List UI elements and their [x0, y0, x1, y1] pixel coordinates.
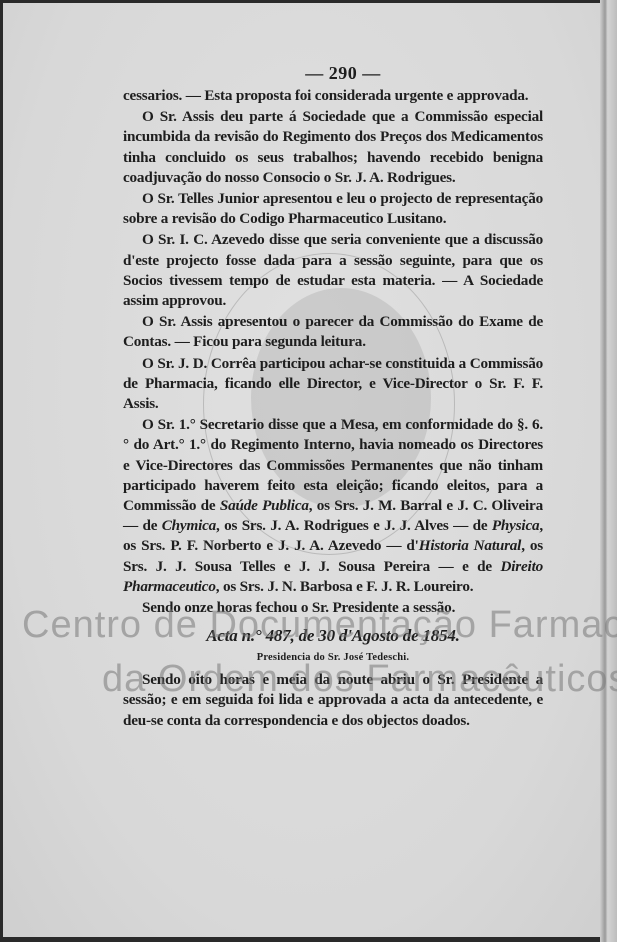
paragraph: O Sr. Assis deu parte á Sociedade que a … [123, 107, 543, 188]
watermark-line-1: Centro de Documentação Farmacêutica [22, 604, 617, 647]
commission-members: , os Srs. J. A. Rodrigues e J. J. Alves … [216, 517, 492, 534]
commission-name: Physica [492, 517, 540, 534]
commission-members: , os Srs. J. N. Barbosa e F. J. R. Loure… [216, 578, 474, 595]
commission-name: Chymica [162, 517, 216, 534]
paragraph: O Sr. Assis apresentou o parecer da Comm… [123, 312, 543, 352]
book-gutter [600, 0, 617, 942]
watermark-line-2: da Ordem dos Farmacêuticos [102, 658, 617, 701]
paragraph: O Sr. Telles Junior apresentou e leu o p… [123, 189, 543, 229]
page-number: — 290 — [143, 62, 543, 84]
paragraph-commissions: O Sr. 1.° Secretario disse que a Mesa, e… [123, 415, 543, 597]
paragraph: cessarios. — Esta proposta foi considera… [123, 86, 543, 106]
paragraph: O Sr. I. C. Azevedo disse que seria conv… [123, 230, 543, 311]
paragraph: O Sr. J. D. Corrêa participou achar-se c… [123, 354, 543, 415]
commission-name: Saúde Publica [220, 497, 309, 514]
commission-name: Historia Natural [419, 537, 522, 554]
